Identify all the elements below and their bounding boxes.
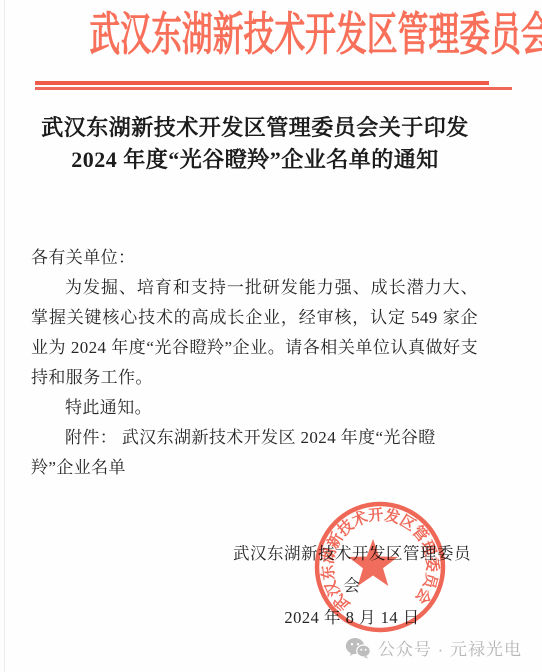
letterhead-title: 武汉东湖新技术开发区管理委员会	[89, 8, 452, 62]
seal-star-icon	[348, 539, 397, 586]
title-line-1: 武汉东湖新技术开发区管理委员会关于印发	[25, 112, 485, 144]
watermark-label: 公众号 · 元禄光电	[378, 635, 522, 660]
body-paragraph: 为发掘、培育和支持一批研发能力强、成长潜力大、掌握关键核心技术的高成长企业，经审…	[31, 273, 478, 393]
document-body: 各有关单位： 为发掘、培育和支持一批研发能力强、成长潜力大、掌握关键核心技术的高…	[31, 243, 478, 423]
document-page: 武汉东湖新技术开发区管理委员会 武汉东湖新技术开发区管理委员会关于印发 2024…	[0, 0, 542, 672]
scan-edge-artifact	[4, 0, 5, 672]
wechat-icon	[345, 637, 371, 659]
title-line-2: 2024 年度“光谷瞪羚”企业名单的通知	[25, 144, 485, 176]
closing-line: 特此通知。	[31, 393, 478, 423]
divider-rule-top	[35, 81, 489, 85]
document-title: 武汉东湖新技术开发区管理委员会关于印发 2024 年度“光谷瞪羚”企业名单的通知	[25, 112, 485, 176]
official-seal-stamp: 武汉东湖新技术开发区管理委员会	[313, 500, 449, 636]
watermark: 公众号 · 元禄光电	[345, 635, 522, 660]
attachment-line: 附件： 武汉东湖新技术开发区 2024 年度“光谷瞪羚”企业名单	[31, 423, 478, 483]
salutation: 各有关单位：	[31, 243, 478, 273]
divider-rule-bottom	[35, 87, 512, 90]
